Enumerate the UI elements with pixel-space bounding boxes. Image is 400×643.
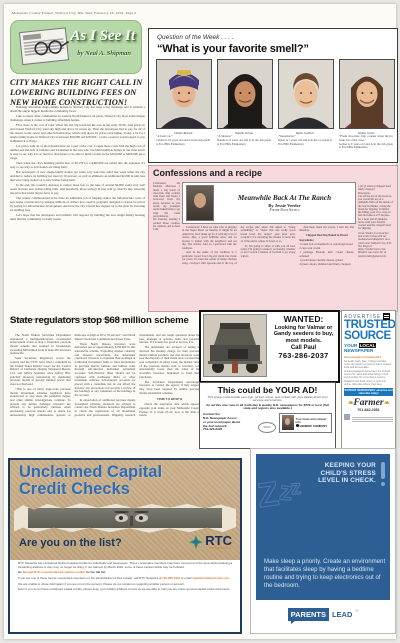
support-newspapers-bar: SUPPORT NEWSPAPERS: advertise and subscr… bbox=[344, 388, 393, 396]
advertise-lead: Got enough of Facebook? bbox=[344, 355, 393, 359]
parents-lead-logo: PARENTS LEAD ® bbox=[256, 600, 390, 628]
rtc-paragraph: RTC Networks has Unclaimed Retired Capit… bbox=[18, 562, 236, 569]
exclamation-icon bbox=[381, 462, 385, 479]
rtc-logo-text: RTC bbox=[205, 534, 232, 547]
question-title: “What is your favorite smell?” bbox=[157, 43, 309, 55]
rtc-contact: If you are one of these former cooperati… bbox=[18, 576, 162, 580]
rtc-logo: RTC NETWORKS bbox=[189, 534, 232, 550]
columnist-photo bbox=[186, 185, 214, 221]
as-i-see-it-byline: by Neal A. Shipman bbox=[77, 50, 131, 57]
rtc-logo-sub: NETWORKS bbox=[205, 547, 232, 550]
respondent-bio: Ryker is 7 years old and is in the 1st g… bbox=[278, 139, 332, 146]
rtc-title-line2: Credit Checks bbox=[19, 480, 130, 498]
respondent-photo bbox=[217, 59, 273, 129]
respondent-bio: Jordan is 9 years old and is in the 4th … bbox=[339, 143, 393, 150]
rtc-paragraph: Even if you do not have unclaimed capita… bbox=[18, 588, 236, 592]
editorial-paragraph: Building affordable single-family homes … bbox=[10, 106, 145, 114]
sample-caption: Your name and contact info bbox=[296, 418, 330, 425]
wanted-desc: Looking for Valmar or Gandy seeders to b… bbox=[269, 325, 338, 344]
torn-paper bbox=[14, 502, 236, 534]
parents-lead-headline: KEEPING YOUR CHILD'S STRESS LEVEL IN CHE… bbox=[302, 462, 376, 485]
respondent-photo bbox=[156, 59, 212, 129]
seeder-photo bbox=[203, 314, 267, 377]
editorial-paragraph: Then when the city's building permit fee… bbox=[10, 162, 145, 170]
editorial-paragraph: The county commissioners have done an ad… bbox=[10, 197, 145, 212]
rtc-title-line1: Unclaimed Capital bbox=[19, 463, 162, 481]
question-of-week-box: Question of the Week . . . . “What is yo… bbox=[148, 28, 398, 163]
zzz-icon: Zzz bbox=[258, 476, 302, 515]
regulators-article: The North Dakota Securities Department a… bbox=[10, 334, 200, 456]
rtc-contact-mid: or email bbox=[180, 576, 192, 580]
parents-lead-ad: Zzz KEEPING YOUR CHILD'S STRESS LEVEL IN… bbox=[250, 448, 396, 634]
sample-ad: Your name and contact info GENERIC COMPA… bbox=[279, 413, 332, 433]
columnist-box: Meanwhile Back At The Ranch By Jessie Ve… bbox=[182, 182, 356, 224]
recipe-directions: 1 jar (2 ounces) chipped beef, finely ch… bbox=[358, 185, 393, 230]
news-logo-icon bbox=[383, 313, 390, 320]
rtc-email: capitalcredits@rtcnet.com bbox=[192, 576, 229, 580]
farmer-logo: Farmer bbox=[353, 398, 383, 408]
ingredient: 4 green onions, trimmed and finely chopp… bbox=[299, 263, 354, 266]
respondent-bio: Natalie is 9 years old and is in the 4th… bbox=[217, 139, 271, 146]
columnist-bio: Jessie Veeder is a musician and writer l… bbox=[358, 232, 393, 258]
confessions-body: Confession: I have no idea who is playin… bbox=[182, 226, 354, 306]
column-title: Meanwhile Back At The Ranch bbox=[214, 194, 355, 202]
rtc-phone: 701.862.3115 bbox=[162, 576, 180, 580]
respondent: Ryker Swihart “Watermelon.” Ryker is 7 y… bbox=[278, 59, 332, 150]
respondent-photo bbox=[278, 59, 334, 129]
respondent: Jordan Grace “Fresh chocolate chip cooki… bbox=[339, 59, 393, 150]
time-to-renew-body: Check the expiration date which appears … bbox=[139, 403, 200, 418]
editorial-headline: CITY MAKES THE RIGHT CALL IN LOWERING BU… bbox=[10, 78, 146, 108]
respondent: Caiden Rexrod “A fresh car.” Caiden is 1… bbox=[156, 59, 210, 150]
editorial-paragraph: Lot prices with all of the infrastructur… bbox=[10, 145, 145, 160]
parents-lead-body: Make sleep a priority. Create an environ… bbox=[264, 558, 388, 590]
ndna-logo: NDNA bbox=[258, 422, 276, 433]
editorial-paragraph: First, there is the cost of land. When t… bbox=[10, 124, 145, 143]
confessions-paragraph: And then, mark my words, I start my diet… bbox=[299, 226, 354, 233]
wanted-title: WANTED: bbox=[269, 314, 338, 324]
masthead: McKenzie County Farmer, Watford City, ND… bbox=[12, 11, 136, 15]
registered-mark: ® bbox=[355, 608, 358, 613]
confessions-paragraph: Confession: I have no idea who is playin… bbox=[182, 226, 237, 250]
publisher-logo-icon bbox=[344, 414, 350, 420]
your-ad-promo: This could be YOUR AD! This space could … bbox=[199, 382, 336, 449]
rtc-goto-suffix: for the full list. bbox=[85, 570, 106, 574]
newspaper-glasses-icon bbox=[15, 24, 77, 68]
sample-company: GENERIC COMPANY bbox=[300, 424, 328, 428]
column-service: Forum News Service bbox=[214, 208, 355, 212]
rtc-contact-end: . bbox=[229, 576, 230, 580]
respondent: Natalie Ochoa “A Sharpie.” Natalie is 9 … bbox=[217, 59, 271, 150]
editorial-paragraph: Let's hope that the developers and build… bbox=[10, 214, 145, 222]
as-i-see-it-title: As I See It bbox=[70, 28, 135, 45]
confessions-right-column: 1 jar (2 ounces) chipped beef, finely ch… bbox=[358, 182, 393, 306]
advertise-phone: 701-842-2351 bbox=[344, 408, 393, 412]
as-i-see-it-logo: As I See It by Neal A. Shipman bbox=[10, 20, 142, 74]
wanted-ad: WANTED: Looking for Valmar or Gandy seed… bbox=[199, 310, 340, 383]
rtc-ad: Unclaimed CapitalCredit Checks Are you o… bbox=[8, 458, 242, 634]
rtc-ad-header: Unclaimed CapitalCredit Checks Are you o… bbox=[10, 460, 240, 560]
advertise-body: Local newspapers have been the trusted s… bbox=[344, 370, 393, 379]
source-word: SOURCE bbox=[344, 331, 393, 342]
article-paragraph: State Securities Regulators across the c… bbox=[10, 357, 71, 386]
editorial-body: Building affordable single-family homes … bbox=[10, 106, 145, 312]
sample-photo bbox=[282, 415, 294, 430]
wheat-icon: ❧ bbox=[384, 399, 390, 407]
advertise-body: So much trash, hate, trolling and fake n… bbox=[344, 360, 393, 369]
article-paragraph: The North Dakota Securities Department a… bbox=[10, 334, 71, 356]
confessions-section: Confessions and a recipe Confession: On … bbox=[148, 165, 398, 312]
parents-lead-panel: Zzz KEEPING YOUR CHILD'S STRESS LEVEL IN… bbox=[256, 454, 390, 600]
rtc-ad-body: RTC Networks has Unclaimed Retired Capit… bbox=[18, 562, 236, 594]
generic-company-icon bbox=[296, 424, 299, 427]
your-ad-title: This could be YOUR AD! bbox=[203, 385, 332, 395]
article-paragraph: These North Dakota investors were defrau… bbox=[75, 343, 136, 398]
parents-lead-logo-primary: PARENTS bbox=[288, 608, 329, 621]
respondent-photo bbox=[339, 59, 395, 129]
confessions-paragraph: So I'm going to share it with you all he… bbox=[241, 245, 296, 259]
rtc-question: Are you on the list? bbox=[19, 537, 122, 549]
editorial-paragraph: Like so many other communities in wester… bbox=[10, 115, 145, 123]
parents-lead-logo-secondary: LEAD bbox=[332, 610, 352, 619]
your-ad-line1: This space could include your logo, pict… bbox=[203, 396, 332, 403]
fine-print-lines bbox=[352, 417, 393, 418]
wanted-phone: 763-286-2037 bbox=[269, 351, 338, 360]
editorial-paragraph: In the end, the council's decision to re… bbox=[10, 184, 145, 196]
rtc-star-icon bbox=[189, 535, 203, 549]
respondents-row: Caiden Rexrod “A fresh car.” Caiden is 1… bbox=[156, 59, 393, 150]
article-paragraph: The Securities Department encourages inv… bbox=[139, 381, 200, 396]
respondent-quote: “Fresh chocolate chip cookies when they'… bbox=[339, 135, 393, 142]
franklin-eyes-image bbox=[28, 508, 222, 528]
ingredient: 1 package Boursin herb cream cheese, sof… bbox=[299, 251, 354, 258]
tagline-newspaper: NEWSPAPER bbox=[344, 348, 373, 353]
your-ad-contact: Contact the N.D. Newspaper Assoc. or you… bbox=[203, 413, 255, 433]
rtc-url: www.RTC.coop/unclaimed-capital-credits/ bbox=[26, 570, 85, 574]
confessions-left-column: Confession: On Monday afternoon I made a… bbox=[153, 182, 180, 306]
article-paragraph: The defendants are accused of failing to… bbox=[139, 346, 200, 379]
your-ad-line2: An ad this size runs in all multi-day & … bbox=[203, 404, 332, 411]
editorial-paragraph: But developers of new single-family home… bbox=[10, 171, 145, 183]
newspaper-page: McKenzie County Farmer, Watford City, ND… bbox=[4, 4, 396, 639]
rtc-paragraph: We are unable to share information if yo… bbox=[18, 583, 236, 587]
confessions-headline: Confessions and a recipe bbox=[153, 168, 262, 178]
question-kicker: Question of the Week . . . . bbox=[157, 34, 234, 41]
advertise-body: Readers trust local news, in print and o… bbox=[344, 380, 393, 386]
respondent-bio: Caiden is 10 years old and is in the 4th… bbox=[156, 139, 210, 146]
